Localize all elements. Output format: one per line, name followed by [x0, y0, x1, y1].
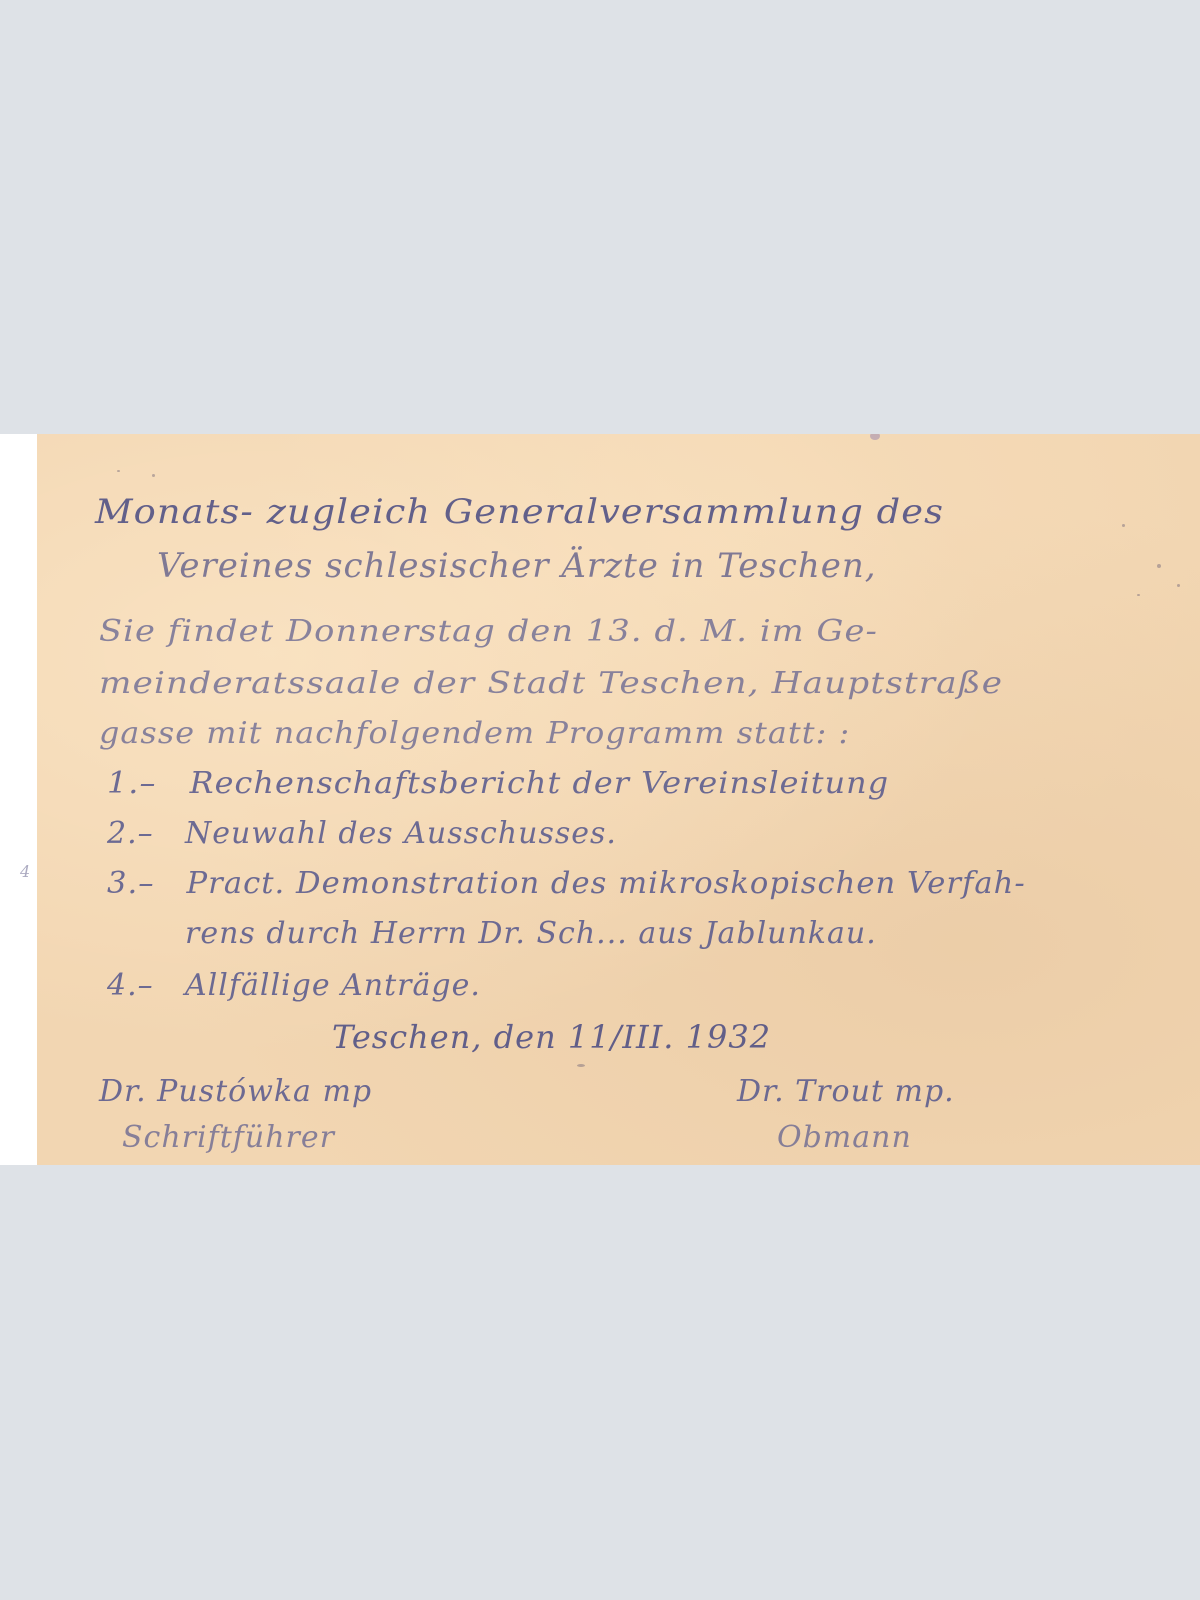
- body-line-3: gasse mit nachfolgendem Programm statt: …: [99, 716, 850, 751]
- agenda-item-4: 4.–Allfällige Anträge.: [107, 968, 481, 1003]
- heading-line-2: Vereines schlesischer Ärzte in Teschen,: [157, 546, 877, 586]
- paper-speck: [152, 474, 155, 477]
- agenda-item-text: Neuwahl des Ausschusses.: [185, 816, 617, 851]
- place-date: Teschen, den 11/III. 1932: [332, 1018, 771, 1056]
- margin-mark: 4: [20, 862, 30, 881]
- agenda-item-number: 1.–: [107, 766, 190, 801]
- body-line-1: Sie findet Donnerstag den 13. d. M. im G…: [99, 614, 878, 649]
- paper-speck: [577, 1064, 585, 1067]
- signature-left-name: Dr. Pustówka mp: [99, 1074, 372, 1109]
- paper-speck: [1122, 524, 1125, 527]
- agenda-item-number: 4.–: [107, 968, 185, 1003]
- agenda-item-3-continuation: rens durch Herrn Dr. Sch... aus Jablunka…: [185, 916, 877, 951]
- paper-speck: [1157, 564, 1161, 568]
- agenda-item-text: Allfällige Anträge.: [185, 968, 481, 1003]
- agenda-item-text: Rechenschaftsbericht der Vereinsleitung: [190, 766, 889, 801]
- paper-speck: [1177, 584, 1180, 587]
- agenda-item-number: 3.–: [107, 866, 187, 901]
- scan-left-margin: [0, 434, 40, 1165]
- paper-speck: [1137, 594, 1140, 596]
- heading-line-1: Monats- zugleich Generalversammlung des: [95, 492, 944, 532]
- postcard: Monats- zugleich Generalversammlung des …: [37, 434, 1200, 1165]
- agenda-item-1: 1.–Rechenschaftsbericht der Vereinsleitu…: [107, 766, 889, 801]
- body-line-2: meinderatssaale der Stadt Teschen, Haupt…: [99, 666, 1003, 701]
- signature-right-role: Obmann: [777, 1120, 912, 1155]
- agenda-item-2: 2.–Neuwahl des Ausschusses.: [107, 816, 617, 851]
- agenda-item-3: 3.–Pract. Demonstration des mikroskopisc…: [107, 866, 1026, 901]
- signature-right-name: Dr. Trout mp.: [737, 1074, 955, 1109]
- signature-left-role: Schriftführer: [122, 1120, 335, 1155]
- agenda-item-number: 2.–: [107, 816, 185, 851]
- agenda-item-text: Pract. Demonstration des mikroskopischen…: [187, 866, 1026, 901]
- ink-blot: [870, 434, 880, 440]
- paper-speck: [117, 470, 120, 472]
